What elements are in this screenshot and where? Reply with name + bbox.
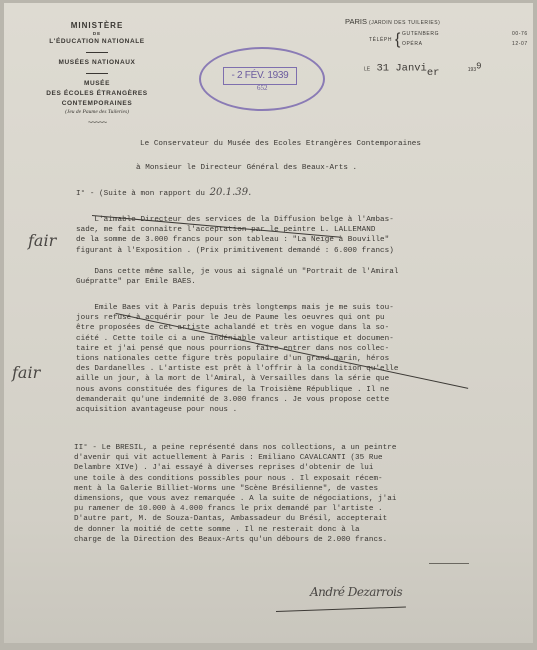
ministry-de: DE (22, 31, 172, 36)
stamp-date: - 2 FÉV. 1939 (223, 67, 297, 85)
museum-name-line1: DES ÉCOLES ÉTRANGÈRES (22, 89, 172, 99)
letterhead: MINISTÈRE DE L'ÉDUCATION NATIONALE MUSÉE… (22, 21, 172, 127)
letter-date: LE 31 Janvier 1939 (364, 61, 482, 75)
location: (JARDIN DES TUILERIES) (369, 20, 440, 26)
line: dimensions, que vous avez remarquée . A … (74, 494, 397, 504)
date-year: 1939 (468, 67, 482, 73)
signature-underline (276, 606, 406, 612)
section2-paragraph: II° - Le BRESIL, a peine représenté dans… (74, 443, 397, 545)
stamp-number: 652 (257, 84, 268, 92)
line: de la somme de 3.000 francs pour son tab… (76, 235, 394, 245)
date-le: LE (364, 67, 370, 73)
tel1-num: 00-76 (512, 31, 528, 37)
line: charge de la Direction des Beaux-Arts qu… (74, 535, 397, 545)
tel-label: TÉLÉPH (369, 37, 392, 43)
museum-name-line2: CONTEMPORAINES (22, 99, 172, 109)
line: Dans cette même salle, je vous ai signal… (76, 267, 399, 277)
address-block: PARIS (JARDIN DES TUILERIES) TÉLÉPH { GU… (345, 17, 440, 26)
line: des Dardanelles . L'artiste est prêt à l… (76, 364, 399, 374)
line: II° - Le BRESIL, a peine représenté dans… (74, 443, 397, 453)
line: ment à la Galerie Billiet-Worms une "Scè… (74, 484, 397, 494)
tel2-num: 12-07 (512, 41, 528, 47)
line: être proposées de cet artiste achalandé … (76, 323, 399, 333)
ornament: ~~~~~ (22, 118, 172, 127)
date-day-month: 31 Janvi (376, 63, 426, 75)
intro-text: I° - (Suite à mon rapport du (76, 190, 205, 198)
closing-dash (429, 563, 469, 564)
line: taire et j'ai pensé que nous pourrions f… (76, 344, 399, 354)
signature: André Dezarrois (310, 585, 402, 599)
line: d'avenir qui vit actuellement à Paris : … (74, 453, 397, 463)
section1-intro: I° - (Suite à mon rapport du 20.1.39. (76, 188, 251, 199)
handwritten-date: 20.1.39. (210, 187, 252, 198)
musee-label: MUSÉE (22, 79, 172, 89)
line: nous avons constituée des figures de la … (76, 385, 399, 395)
city: PARIS (345, 17, 367, 26)
line: figurant à l'Exposition . (Prix primitiv… (76, 246, 394, 256)
line: demanderait qu'une indemnité de 3.000 fr… (76, 395, 399, 405)
received-stamp: - 2 FÉV. 1939 652 (199, 47, 325, 111)
year-prefix: 193 (468, 67, 476, 73)
line: Guépratte" par Emile BAES. (76, 277, 399, 287)
line: de donner la moitié de cette somme . Il … (74, 525, 397, 535)
ministry-name: L'ÉDUCATION NATIONALE (22, 37, 172, 47)
line: D'autre part, M. de Souza-Dantas, Ambass… (74, 514, 397, 524)
tel2-name: OPÉRA (402, 41, 423, 47)
letter-page: MINISTÈRE DE L'ÉDUCATION NATIONALE MUSÉE… (4, 3, 533, 643)
museum-location: (Jeu de Paume des Tuileries) (22, 109, 172, 115)
year-digit: 9 (476, 61, 481, 71)
line: pu ramener de 10.000 à 4.000 francs le p… (74, 504, 397, 514)
brace: { (395, 32, 401, 48)
date-suffix: er (427, 67, 440, 79)
line: aille un jour, à la mort de l'Amiral, à … (76, 374, 399, 384)
musees-nationaux: MUSÉES NATIONAUX (22, 58, 172, 68)
line: Emile Baes vit à Paris depuis très longt… (76, 303, 399, 313)
divider (86, 73, 108, 74)
tel1-name: GUTENBERG (402, 31, 439, 37)
line: Delambre XIVe) . J'ai essayé à diverses … (74, 463, 397, 473)
line: acquisition avantageuse pour nous . (76, 405, 399, 415)
ministry-title: MINISTÈRE (22, 21, 172, 30)
heading-line1: Le Conservateur du Musée des Ecoles Etra… (140, 139, 421, 149)
margin-note-2: fair (12, 363, 40, 382)
divider (86, 52, 108, 53)
heading-line2: à Monsieur le Directeur Général des Beau… (136, 163, 357, 173)
section1-paragraph3: Emile Baes vit à Paris depuis très longt… (76, 303, 399, 415)
section1-paragraph2: Dans cette même salle, je vous ai signal… (76, 267, 399, 287)
line: une toile à des conditions possibles pou… (74, 474, 397, 484)
line: L'aimable Directeur des services de la D… (76, 215, 394, 225)
margin-note-1: fair (28, 231, 56, 250)
section1-paragraph1: L'aimable Directeur des services de la D… (76, 215, 394, 256)
